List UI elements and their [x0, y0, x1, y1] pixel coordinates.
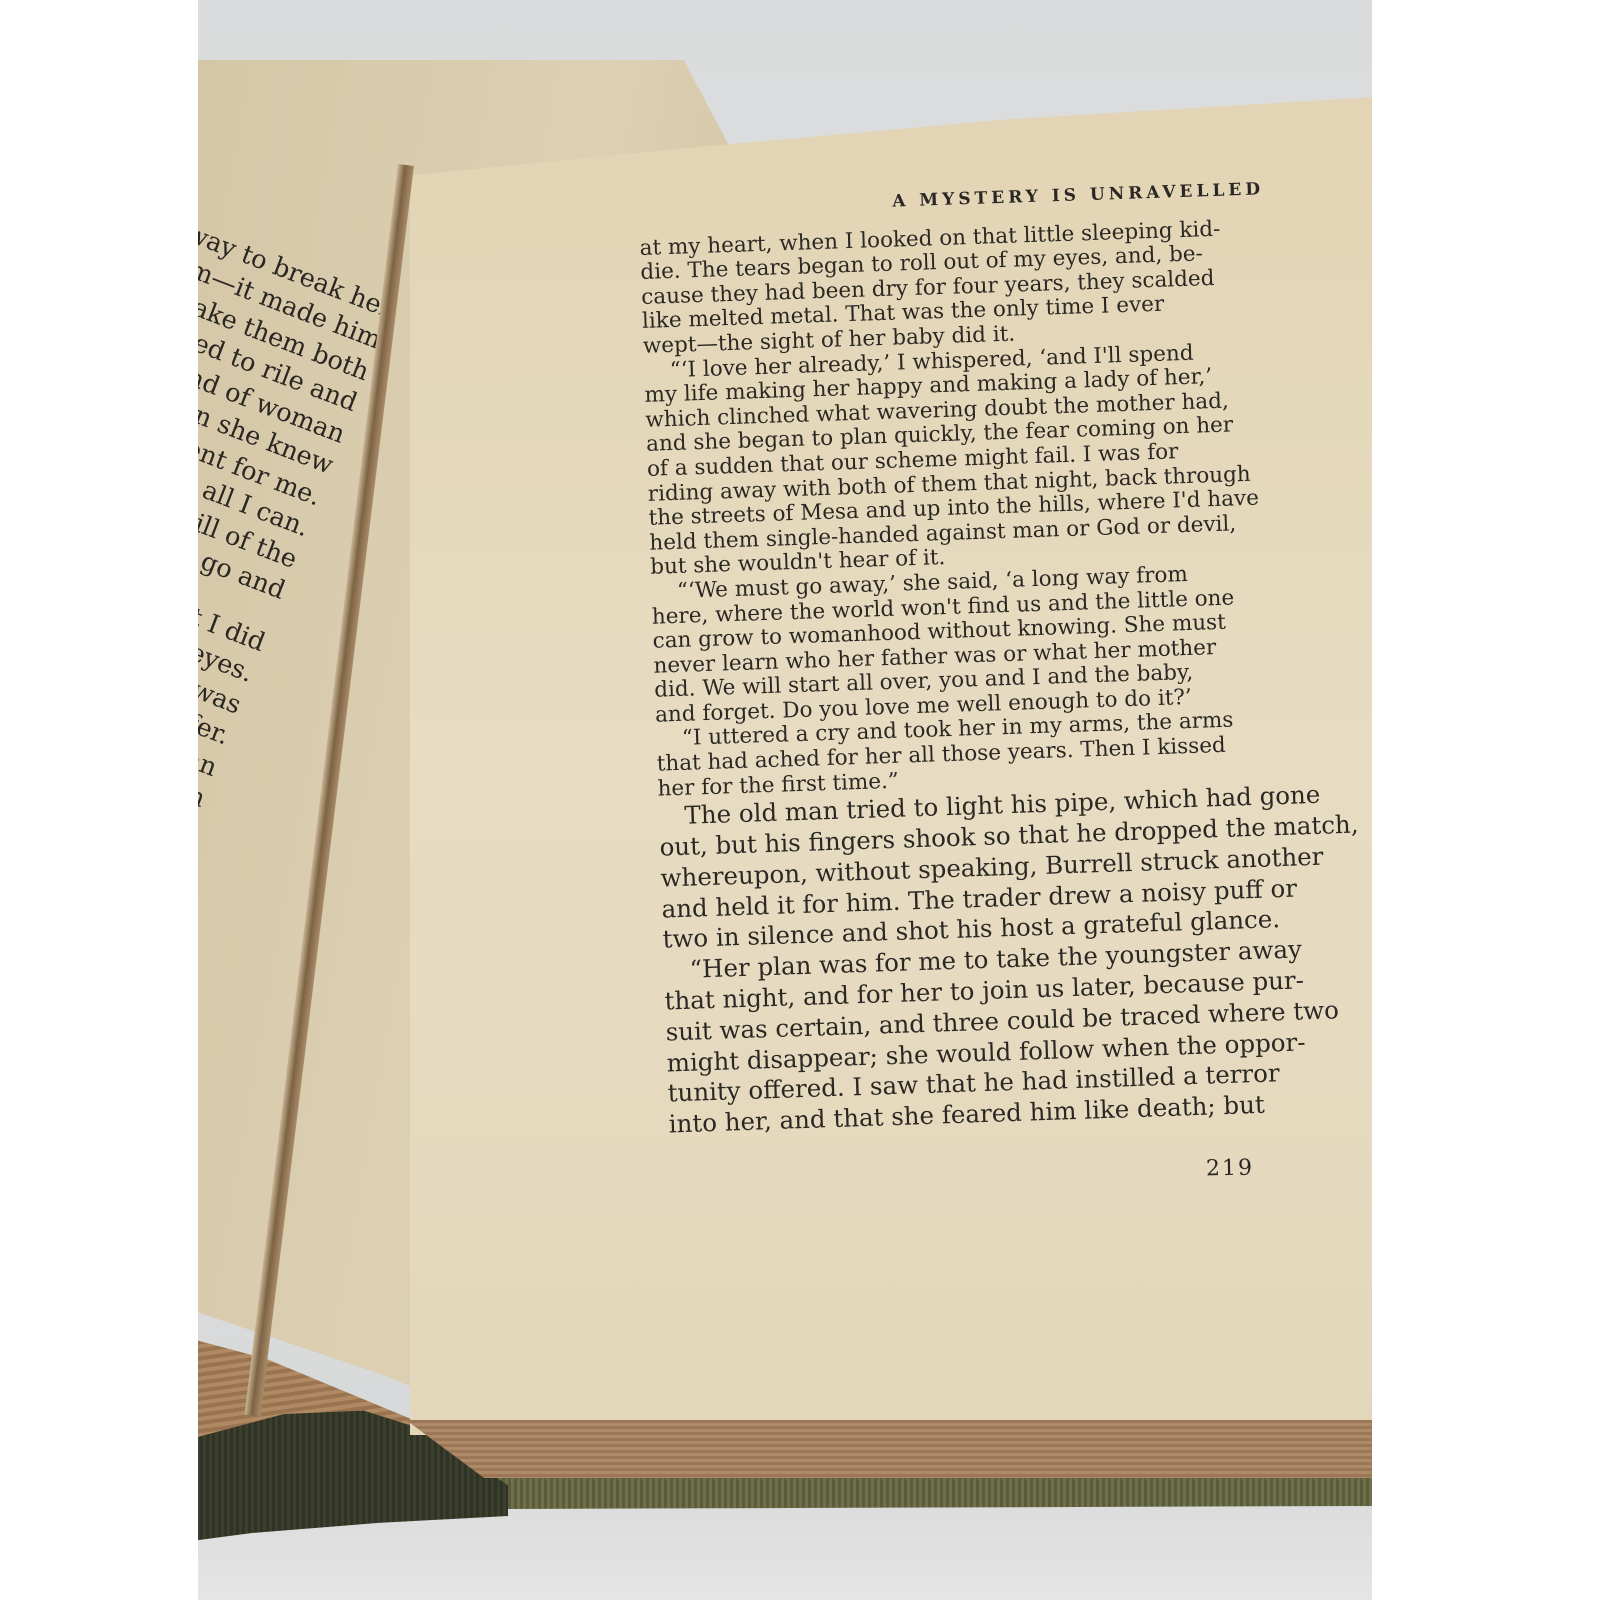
page-number: 219 [1206, 1156, 1254, 1182]
book-photo: RIER every way to break hert stop him—it… [198, 0, 1372, 1600]
right-page-text-layer: A MYSTERY IS UNRAVELLED at my heart, whe… [198, 0, 1372, 1600]
right-running-head: A MYSTERY IS UNRAVELLED [758, 173, 1372, 219]
right-page-text: A MYSTERY IS UNRAVELLED at my heart, whe… [638, 173, 1372, 1141]
